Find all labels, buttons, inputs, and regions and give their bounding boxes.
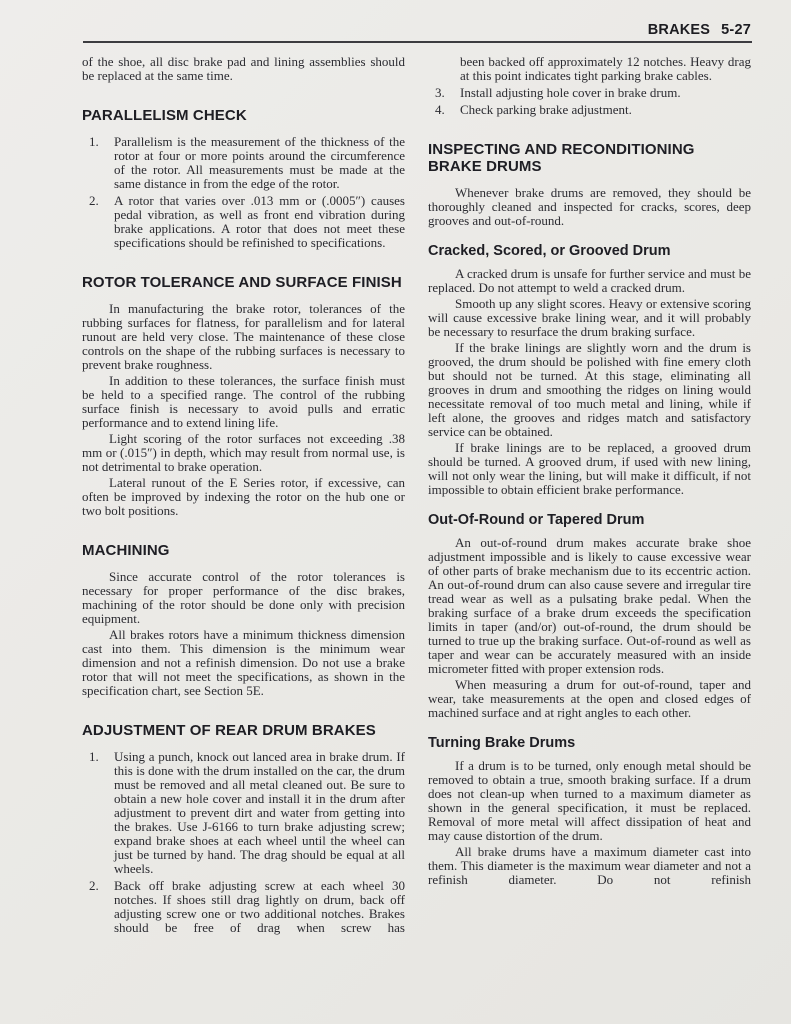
- paragraph: If brake linings are to be replaced, a g…: [428, 441, 751, 497]
- paragraph: Since accurate control of the rotor tole…: [82, 570, 405, 626]
- list-item-text: Check parking brake adjustment.: [460, 103, 751, 117]
- list-item-text: A rotor that varies over .013 mm or (.00…: [114, 194, 405, 250]
- paragraph: Smooth up any slight scores. Heavy or ex…: [428, 297, 751, 339]
- list-item-number: 2.: [82, 879, 114, 935]
- list-item-text: Install adjusting hole cover in brake dr…: [460, 86, 751, 100]
- paragraph: In manufacturing the brake rotor, tolera…: [82, 302, 405, 372]
- numbered-list-item: 2.Back off brake adjusting screw at each…: [82, 879, 405, 935]
- paragraph: If the brake linings are slightly worn a…: [428, 341, 751, 439]
- header-rule: [83, 41, 752, 43]
- list-item-text: Using a punch, knock out lanced area in …: [114, 750, 405, 876]
- numbered-list-item: been backed off approximately 12 notches…: [428, 55, 751, 83]
- page-body: of the shoe, all disc brake pad and lini…: [82, 55, 752, 938]
- list-item-text: Back off brake adjusting screw at each w…: [114, 879, 405, 935]
- list-item-number: 1.: [82, 750, 114, 876]
- paragraph: Lateral runout of the E Series rotor, if…: [82, 476, 405, 518]
- paragraph: All brake drums have a maximum diameter …: [428, 845, 751, 887]
- paragraph: Light scoring of the rotor surfaces not …: [82, 432, 405, 474]
- section-heading: MACHINING: [82, 542, 405, 559]
- numbered-list-item: 2.A rotor that varies over .013 mm or (.…: [82, 194, 405, 250]
- list-item-number: 1.: [82, 135, 114, 191]
- section-heading: ROTOR TOLERANCE AND SURFACE FINISH: [82, 274, 405, 291]
- page-header: BRAKES 5-27: [648, 22, 751, 38]
- column-left: of the shoe, all disc brake pad and lini…: [82, 55, 405, 938]
- list-item-number: 2.: [82, 194, 114, 250]
- section-heading: PARALLELISM CHECK: [82, 107, 405, 124]
- section-heading: ADJUSTMENT OF REAR DRUM BRAKES: [82, 722, 405, 739]
- paragraph: When measuring a drum for out-of-round, …: [428, 678, 751, 720]
- numbered-list-item: 1.Using a punch, knock out lanced area i…: [82, 750, 405, 876]
- paragraph: In addition to these tolerances, the sur…: [82, 374, 405, 430]
- paragraph: A cracked drum is unsafe for further ser…: [428, 267, 751, 295]
- numbered-list-item: 4.Check parking brake adjustment.: [428, 103, 751, 117]
- header-section-title: BRAKES: [648, 22, 710, 38]
- manual-page: BRAKES 5-27 of the shoe, all disc brake …: [0, 0, 791, 1024]
- column-right: been backed off approximately 12 notches…: [428, 55, 751, 938]
- section-heading: INSPECTING AND RECONDITIONING BRAKE DRUM…: [428, 141, 751, 175]
- paragraph: All brakes rotors have a minimum thickne…: [82, 628, 405, 698]
- paragraph: Whenever brake drums are removed, they s…: [428, 186, 751, 228]
- numbered-list-item: 3.Install adjusting hole cover in brake …: [428, 86, 751, 100]
- paragraph: of the shoe, all disc brake pad and lini…: [82, 55, 405, 83]
- sub-heading: Turning Brake Drums: [428, 735, 751, 751]
- header-page-number: 5-27: [721, 22, 751, 38]
- list-item-number: 3.: [428, 86, 460, 100]
- numbered-list-item: 1.Parallelism is the measurement of the …: [82, 135, 405, 191]
- sub-heading: Cracked, Scored, or Grooved Drum: [428, 243, 751, 259]
- list-item-number: 4.: [428, 103, 460, 117]
- list-item-text: Parallelism is the measurement of the th…: [114, 135, 405, 191]
- list-item-number: [428, 55, 460, 83]
- paragraph: An out-of-round drum makes accurate brak…: [428, 536, 751, 676]
- paragraph: If a drum is to be turned, only enough m…: [428, 759, 751, 843]
- list-item-text: been backed off approximately 12 notches…: [460, 55, 751, 83]
- sub-heading: Out-Of-Round or Tapered Drum: [428, 512, 751, 528]
